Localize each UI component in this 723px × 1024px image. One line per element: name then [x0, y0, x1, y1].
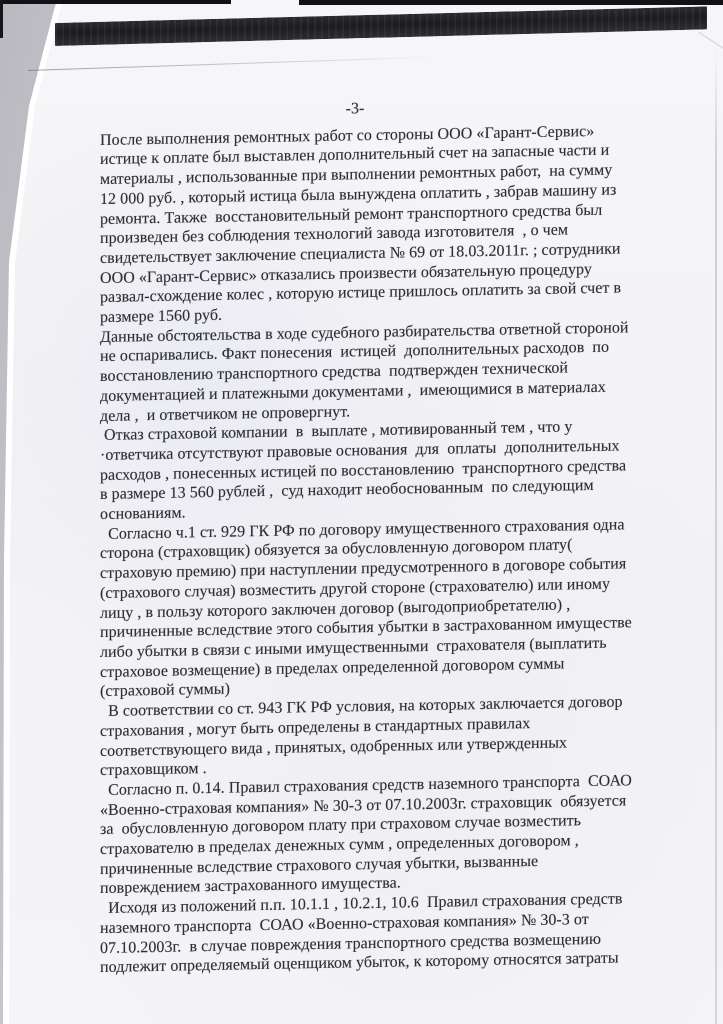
scan-edge-artifact-top-left: [0, 0, 231, 4]
document-body: После выполнения ремонтных работ со стор…: [100, 120, 675, 978]
scan-edge-artifact-top-right: [299, 0, 723, 5]
scanned-page: -3- После выполнения ремонтных работ со …: [0, 0, 723, 1024]
document-content: -3- После выполнения ремонтных работ со …: [100, 93, 675, 977]
paper-right-edge-shadow: [715, 48, 717, 1024]
scan-edge-artifact-corner: [0, 0, 3, 38]
